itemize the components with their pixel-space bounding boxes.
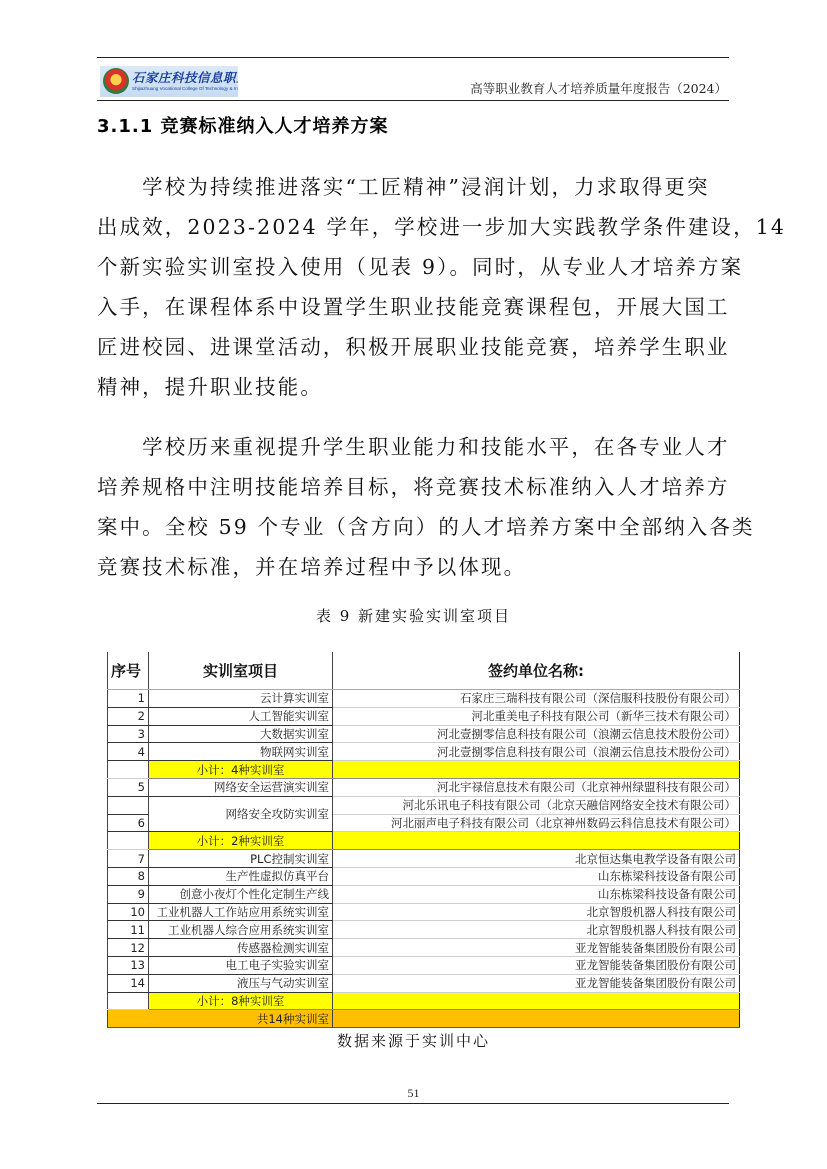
cell-company: 河北壹捌零信息科技有限公司（浪潮云信息技术股份公司）	[333, 743, 740, 761]
subtotal-row: 小计：8种实训室	[108, 992, 740, 1010]
cell-no-empty	[108, 796, 149, 814]
cell-lab: 工业机器人工作站应用系统实训室	[149, 903, 333, 921]
col-header-company: 签约单位名称:	[333, 652, 740, 690]
cell-lab: 工业机器人综合应用系统实训室	[149, 921, 333, 939]
cell-company: 亚龙智能装备集团股份有限公司	[333, 939, 740, 957]
cell-company: 北京智殷机器人科技有限公司	[333, 921, 740, 939]
cell-no: 4	[108, 743, 149, 761]
table-row: 1 云计算实训室 石家庄三瑞科技有限公司（深信服科技股份有限公司）	[108, 690, 740, 708]
table-row: 13 电工电子实验实训室 亚龙智能装备集团股份有限公司	[108, 956, 740, 974]
cell-company: 石家庄三瑞科技有限公司（深信服科技股份有限公司）	[333, 690, 740, 708]
table-row: 4 物联网实训室 河北壹捌零信息科技有限公司（浪潮云信息技术股份公司）	[108, 743, 740, 761]
cell-company: 河北壹捌零信息科技有限公司（浪潮云信息技术股份公司）	[333, 725, 740, 743]
cell-no: 1	[108, 690, 149, 708]
paragraph-line: 案中。全校 59 个专业（含方向）的人才培养方案中全部纳入各类	[97, 507, 732, 547]
cell-lab: 电工电子实验实训室	[149, 956, 333, 974]
cell-no: 7	[108, 850, 149, 868]
section-heading: 3.1.1 竞赛标准纳入人才培养方案	[97, 112, 389, 138]
col-header-no: 序号	[108, 652, 149, 690]
table-row: 10 工业机器人工作站应用系统实训室 北京智殷机器人科技有限公司	[108, 903, 740, 921]
college-emblem-icon	[103, 68, 129, 94]
cell-lab: 物联网实训室	[149, 743, 333, 761]
footer-rule	[97, 1103, 729, 1104]
paragraph-line: 竞赛技术标准，并在培养过程中予以体现。	[97, 547, 732, 587]
logo-name-en: Shijiazhuang Vocational College Of Techn…	[132, 86, 238, 91]
table-row: 5 网络安全运营演实训室 河北宇禄信息技术有限公司（北京神州绿盟科技有限公司）	[108, 778, 740, 796]
cell-lab: 创意小夜灯个性化定制生产线	[149, 885, 333, 903]
cell-no: 9	[108, 885, 149, 903]
cell-lab: 液压与气动实训室	[149, 974, 333, 992]
cell-no: 3	[108, 725, 149, 743]
labs-table: 序号 实训室项目 签约单位名称: 1 云计算实训室 石家庄三瑞科技有限公司（深信…	[107, 652, 740, 1028]
cell-company: 北京智殷机器人科技有限公司	[333, 903, 740, 921]
table-row: 网络安全攻防实训室 河北乐讯电子科技有限公司（北京天融信网络安全技术有限公司）	[108, 796, 740, 814]
table-source-note: 数据来源于实训中心	[0, 1030, 827, 1051]
cell-lab: 人工智能实训室	[149, 707, 333, 725]
cell-total: 共14种实训室	[149, 1010, 333, 1028]
cell-company: 河北重美电子科技有限公司（新华三技术有限公司）	[333, 707, 740, 725]
header-top-rule	[97, 57, 729, 58]
cell-subtotal-fill	[333, 832, 740, 850]
table-caption: 表 9 新建实验实训室项目	[0, 605, 827, 626]
table-row: 14 液压与气动实训室 亚龙智能装备集团股份有限公司	[108, 974, 740, 992]
paragraph-line: 学校历来重视提升学生职业能力和技能水平，在各专业人才	[97, 427, 732, 467]
cell-lab: 网络安全攻防实训室	[149, 796, 333, 832]
cell-lab: 生产性虚拟仿真平台	[149, 867, 333, 885]
table-row: 7 PLC控制实训室 北京恒达集电教学设备有限公司	[108, 850, 740, 868]
paragraph-line: 个新实验实训室投入使用（见表 9）。同时，从专业人才培养方案	[97, 247, 732, 287]
cell-no-empty	[108, 761, 149, 779]
page-number: 51	[0, 1086, 827, 1101]
cell-total-fill	[333, 1010, 740, 1028]
cell-company: 北京恒达集电教学设备有限公司	[333, 850, 740, 868]
cell-company: 亚龙智能装备集团股份有限公司	[333, 974, 740, 992]
paragraph-line: 精神，提升职业技能。	[97, 367, 732, 407]
report-title: 高等职业教育人才培养质量年度报告（2024）	[470, 79, 727, 97]
header-bottom-rule	[97, 100, 729, 101]
cell-lab: PLC控制实训室	[149, 850, 333, 868]
cell-company: 山东栋梁科技设备有限公司	[333, 867, 740, 885]
cell-company: 山东栋梁科技设备有限公司	[333, 885, 740, 903]
cell-subtotal: 小计：2种实训室	[149, 832, 333, 850]
table-header-row: 序号 实训室项目 签约单位名称:	[108, 652, 740, 690]
cell-no: 8	[108, 867, 149, 885]
cell-no: 11	[108, 921, 149, 939]
cell-company: 河北乐讯电子科技有限公司（北京天融信网络安全技术有限公司）	[333, 796, 740, 814]
paragraph-line: 培养规格中注明技能培养目标，将竞赛技术标准纳入人才培养方	[97, 467, 732, 507]
cell-subtotal-fill	[333, 992, 740, 1010]
cell-no: 10	[108, 903, 149, 921]
table-row: 12 传感器检测实训室 亚龙智能装备集团股份有限公司	[108, 939, 740, 957]
cell-subtotal: 小计：4种实训室	[149, 761, 333, 779]
cell-no-empty	[108, 992, 149, 1010]
cell-no: 13	[108, 956, 149, 974]
cell-no: 6	[108, 814, 149, 832]
cell-no-empty	[108, 832, 149, 850]
paragraph-line: 学校为持续推进落实“工匠精神”浸润计划，力求取得更突	[97, 167, 732, 207]
cell-no: 12	[108, 939, 149, 957]
cell-lab: 云计算实训室	[149, 690, 333, 708]
cell-lab: 大数据实训室	[149, 725, 333, 743]
cell-total-fill	[108, 1010, 149, 1028]
paragraph-2: 学校历来重视提升学生职业能力和技能水平，在各专业人才 培养规格中注明技能培养目标…	[97, 427, 732, 587]
paragraph-line: 入手，在课程体系中设置学生职业技能竞赛课程包，开展大国工	[97, 287, 732, 327]
cell-company: 河北宇禄信息技术有限公司（北京神州绿盟科技有限公司）	[333, 778, 740, 796]
cell-lab: 传感器检测实训室	[149, 939, 333, 957]
subtotal-row: 小计：2种实训室	[108, 832, 740, 850]
subtotal-row: 小计：4种实训室	[108, 761, 740, 779]
cell-lab: 网络安全运营演实训室	[149, 778, 333, 796]
table-row: 2 人工智能实训室 河北重美电子科技有限公司（新华三技术有限公司）	[108, 707, 740, 725]
cell-company: 河北丽声电子科技有限公司（北京神州数码云科信息技术有限公司）	[333, 814, 740, 832]
cell-no: 14	[108, 974, 149, 992]
cell-no: 5	[108, 778, 149, 796]
paragraph-line: 出成效，2023-2024 学年，学校进一步加大实践教学条件建设，14	[97, 207, 732, 247]
cell-subtotal: 小计：8种实训室	[149, 992, 333, 1010]
cell-subtotal-fill	[333, 761, 740, 779]
paragraph-1: 学校为持续推进落实“工匠精神”浸润计划，力求取得更突 出成效，2023-2024…	[97, 167, 732, 407]
table-row: 11 工业机器人综合应用系统实训室 北京智殷机器人科技有限公司	[108, 921, 740, 939]
table-row: 9 创意小夜灯个性化定制生产线 山东栋梁科技设备有限公司	[108, 885, 740, 903]
cell-no: 2	[108, 707, 149, 725]
col-header-lab: 实训室项目	[149, 652, 333, 690]
cell-company: 亚龙智能装备集团股份有限公司	[333, 956, 740, 974]
paragraph-line: 匠进校园、进课堂活动，积极开展职业技能竞赛，培养学生职业	[97, 327, 732, 367]
table-row: 3 大数据实训室 河北壹捌零信息科技有限公司（浪潮云信息技术股份公司）	[108, 725, 740, 743]
logo-name-cn: 石家庄科技信息职业学院	[132, 68, 238, 86]
total-row: 共14种实训室	[108, 1010, 740, 1028]
college-logo: 石家庄科技信息职业学院 Shijiazhuang Vocational Coll…	[100, 66, 238, 97]
table-row: 8 生产性虚拟仿真平台 山东栋梁科技设备有限公司	[108, 867, 740, 885]
